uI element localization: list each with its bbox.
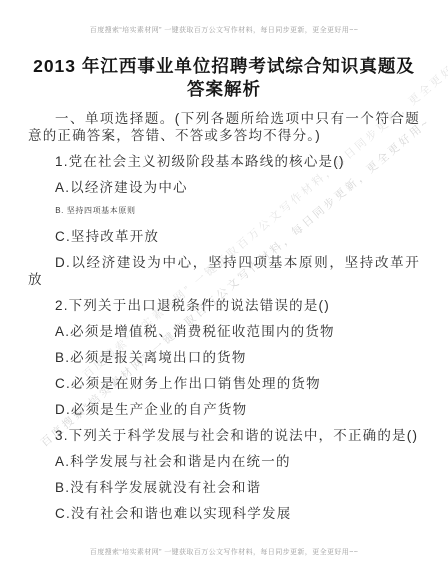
question-1-stem: 1.党在社会主义初级阶段基本路线的核心是() (28, 153, 420, 170)
header-promo-note: 百度搜索“培实素材网” 一键获取百万公文写作材料，每日同步更新，更全更好用~~ (0, 25, 448, 35)
footer-promo-note: 百度搜索“培实素材网” 一键获取百万公文写作材料，每日同步更新，更全更好用~~ (0, 547, 448, 557)
question-1-option-c: C.坚持改革开放 (28, 228, 420, 245)
question-2-stem: 2.下列关于出口退税条件的说法错误的是() (28, 297, 420, 314)
question-2-option-a: A.必须是增值税、消费税征收范围内的货物 (28, 323, 420, 340)
question-2-option-d: D.必须是生产企业的自产货物 (28, 401, 420, 418)
question-2-option-c: C.必须是在财务上作出口销售处理的货物 (28, 375, 420, 392)
section-intro: 一、单项选择题。(下列各题所给选项中只有一个符合题意的正确答案，答错、不答或多答… (28, 110, 420, 144)
question-1-option-a: A.以经济建设为中心 (28, 179, 420, 196)
question-1-option-b: B. 坚持四项基本原则 (28, 205, 420, 216)
question-3-stem: 3.下列关于科学发展与社会和谐的说法中，不正确的是() (28, 427, 420, 444)
question-3-option-b: B.没有科学发展就没有社会和谐 (28, 479, 420, 496)
question-2-option-b: B.必须是报关离境出口的货物 (28, 349, 420, 366)
question-3-option-c: C.没有社会和谐也难以实现科学发展 (28, 505, 420, 522)
document-body: 一、单项选择题。(下列各题所给选项中只有一个符合题意的正确答案，答错、不答或多答… (28, 110, 420, 531)
document-title: 2013 年江西事业单位招聘考试综合知识真题及 答案解析 (28, 55, 420, 101)
title-line-1: 2013 年江西事业单位招聘考试综合知识真题及 (28, 55, 420, 78)
question-1-option-d: D.以经济建设为中心，坚持四项基本原则，坚持改革开放 (28, 254, 420, 288)
question-3-option-a: A.科学发展与社会和谐是内在统一的 (28, 453, 420, 470)
document-page: 百度搜索“培实素材网” 一键获取百万公文写作材料，每日同步更新，更全更好用~~ … (0, 0, 448, 580)
title-line-2: 答案解析 (28, 78, 420, 101)
